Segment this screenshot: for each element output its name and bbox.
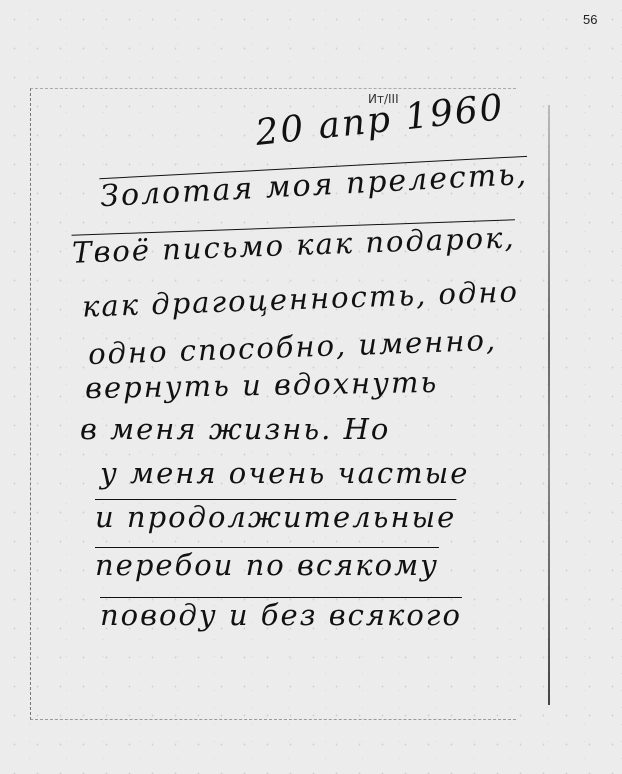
sheet-edge-line bbox=[548, 105, 550, 705]
letter-line: у меня очень частые bbox=[100, 456, 469, 490]
letter-line: перебои по всякому bbox=[95, 548, 439, 582]
letter-line: поводу и без всякого bbox=[100, 598, 462, 632]
page-number: 56 bbox=[583, 12, 597, 27]
letter-line: и продолжительные bbox=[95, 500, 456, 534]
letter-line: в меня жизнь. Но bbox=[80, 412, 390, 446]
letter-line: вернуть и вдохнуть bbox=[85, 365, 439, 405]
